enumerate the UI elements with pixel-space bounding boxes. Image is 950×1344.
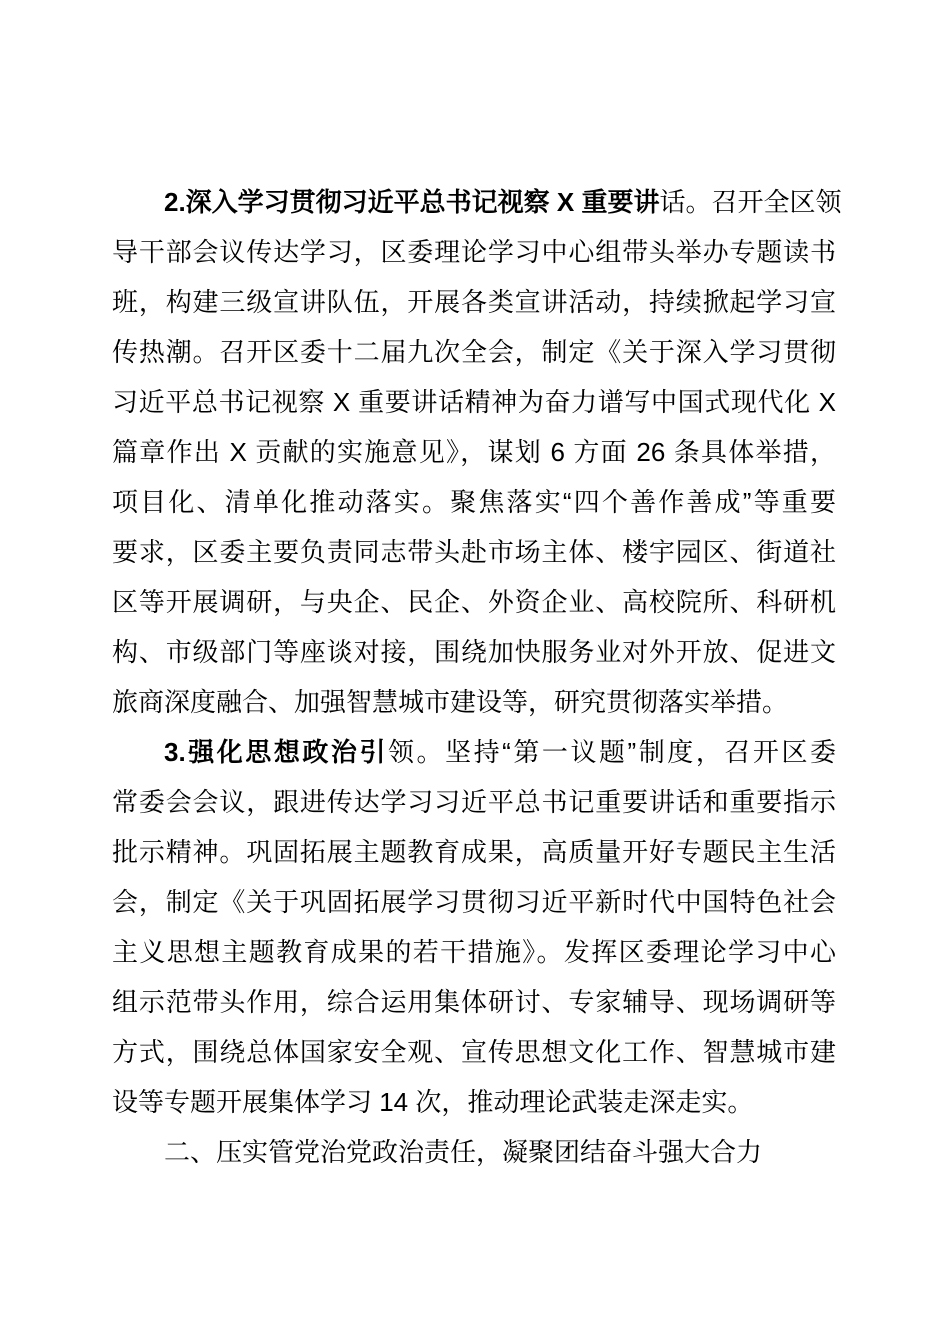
text-run: 方式，围绕总体国家安全观、宣传思想文化工作、智慧城市建 [112, 1037, 836, 1067]
text-line: 会，制定《关于巩固拓展学习贯彻习近平新时代中国特色社会 [112, 877, 836, 927]
section-heading-2: 二、压实管党治党政治责任，凝聚团结奋斗强大合力 [112, 1127, 836, 1177]
paragraph-item-3: 3.强化思想政治引领。坚持“第一议题”制度，召开区委常委会会议，跟进传达学习习近… [112, 727, 836, 1127]
bold-text-run: 2.深入学习贯彻习近平总书记视察 X 重要讲 [164, 187, 659, 217]
text-run: 导干部会议传达学习，区委理论学习中心组带头举办专题读书 [112, 237, 836, 267]
text-line: 旅商深度融合、加强智慧城市建设等，研究贯彻落实举措。 [112, 677, 836, 727]
text-line: 要求，区委主要负责同志带头赴市场主体、楼宇园区、街道社 [112, 527, 836, 577]
text-line: 设等专题开展集体学习 14 次，推动理论武装走深走实。 [112, 1077, 836, 1127]
text-run: 批示精神。巩固拓展主题教育成果，高质量开好专题民主生活 [112, 837, 836, 867]
text-line: 2.深入学习贯彻习近平总书记视察 X 重要讲话。召开全区领 [112, 177, 836, 227]
text-run: 组示范带头作用，综合运用集体研讨、专家辅导、现场调研等 [112, 987, 836, 1017]
text-run: 传热潮。召开区委十二届九次全会，制定《关于深入学习贯彻 [112, 337, 836, 367]
text-line: 篇章作出 X 贡献的实施意见》，谋划 6 方面 26 条具体举措， [112, 427, 836, 477]
text-line: 班，构建三级宣讲队伍，开展各类宣讲活动，持续掀起学习宣 [112, 277, 836, 327]
text-run: 班，构建三级宣讲队伍，开展各类宣讲活动，持续掀起学习宣 [112, 287, 836, 317]
text-line: 习近平总书记视察 X 重要讲话精神为奋力谱写中国式现代化 X [112, 377, 836, 427]
text-run: 项目化、清单化推动落实。聚焦落实“四个善作善成”等重要 [112, 487, 836, 517]
text-run: 会，制定《关于巩固拓展学习贯彻习近平新时代中国特色社会 [112, 887, 836, 917]
text-line: 方式，围绕总体国家安全观、宣传思想文化工作、智慧城市建 [112, 1027, 836, 1077]
paragraph-item-2: 2.深入学习贯彻习近平总书记视察 X 重要讲话。召开全区领导干部会议传达学习，区… [112, 177, 836, 727]
text-run: 话。召开全区领 [659, 187, 841, 217]
text-run: 区等开展调研，与央企、民企、外资企业、高校院所、科研机 [112, 587, 836, 617]
text-line: 批示精神。巩固拓展主题教育成果，高质量开好专题民主生活 [112, 827, 836, 877]
text-run: 二、压实管党治党政治责任，凝聚团结奋斗强大合力 [164, 1137, 762, 1167]
text-run: 旅商深度融合、加强智慧城市建设等，研究贯彻落实举措。 [112, 687, 788, 717]
text-run: 习近平总书记视察 X 重要讲话精神为奋力谱写中国式现代化 X [112, 387, 836, 417]
document-content: 2.深入学习贯彻习近平总书记视察 X 重要讲话。召开全区领导干部会议传达学习，区… [112, 177, 836, 1177]
bold-text-run: 3.强化思想政治引 [164, 737, 388, 767]
text-line: 组示范带头作用，综合运用集体研讨、专家辅导、现场调研等 [112, 977, 836, 1027]
text-line: 构、市级部门等座谈对接，围绕加快服务业对外开放、促进文 [112, 627, 836, 677]
text-run: 篇章作出 X 贡献的实施意见》，谋划 6 方面 26 条具体举措， [112, 437, 836, 467]
text-line: 项目化、清单化推动落实。聚焦落实“四个善作善成”等重要 [112, 477, 836, 527]
text-line: 二、压实管党治党政治责任，凝聚团结奋斗强大合力 [112, 1127, 836, 1177]
text-line: 3.强化思想政治引领。坚持“第一议题”制度，召开区委 [112, 727, 836, 777]
text-line: 传热潮。召开区委十二届九次全会，制定《关于深入学习贯彻 [112, 327, 836, 377]
text-run: 构、市级部门等座谈对接，围绕加快服务业对外开放、促进文 [112, 637, 836, 667]
text-run: 设等专题开展集体学习 14 次，推动理论武装走深走实。 [112, 1087, 753, 1117]
text-run: 主义思想主题教育成果的若干措施》。发挥区委理论学习中心 [112, 937, 836, 967]
text-run: 要求，区委主要负责同志带头赴市场主体、楼宇园区、街道社 [112, 537, 836, 567]
text-run: 领。坚持“第一议题”制度，召开区委 [388, 737, 836, 767]
text-line: 常委会会议，跟进传达学习习近平总书记重要讲话和重要指示 [112, 777, 836, 827]
document-page: 2.深入学习贯彻习近平总书记视察 X 重要讲话。召开全区领导干部会议传达学习，区… [0, 0, 950, 1344]
text-line: 主义思想主题教育成果的若干措施》。发挥区委理论学习中心 [112, 927, 836, 977]
text-run: 常委会会议，跟进传达学习习近平总书记重要讲话和重要指示 [112, 787, 836, 817]
text-line: 导干部会议传达学习，区委理论学习中心组带头举办专题读书 [112, 227, 836, 277]
text-line: 区等开展调研，与央企、民企、外资企业、高校院所、科研机 [112, 577, 836, 627]
